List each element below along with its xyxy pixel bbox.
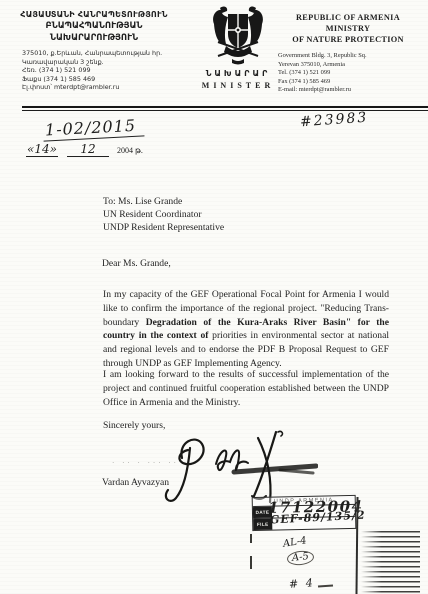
recipient-line: UN Resident Coordinator <box>103 208 224 221</box>
armenian-title-line: ԲՆԱՊԱՀՊԱՆՈՒԹՅԱՆ <box>16 21 172 31</box>
recipient-block: To: Ms. Lise Grande UN Resident Coordina… <box>103 195 224 234</box>
signer-name: Vardan Ayvazyan <box>102 477 169 488</box>
address-line: Yerevan 375010, Armenia <box>278 61 422 70</box>
outgoing-reference-number: 1-02/2015 <box>43 115 145 141</box>
salutation: Dear Ms. Grande, <box>102 258 171 269</box>
scan-artifact-mark <box>250 556 252 569</box>
letter-date: «14» 12 2004 թ. <box>26 142 143 157</box>
address-line: E-mail: mterdpt@rambler.ru <box>278 86 422 95</box>
minister-armenian-label: ՆԱԽԱՐԱՐ <box>193 69 283 78</box>
address-line: Կառավարական 3 շենք. <box>22 58 172 67</box>
armenian-title-line: ՀԱՅԱՍՏԱՆԻ ՀԱՆՐԱՊԵՏՈՒԹՅՈՒՆ <box>16 10 172 19</box>
address-line: Government Bldg. 3, Republic Sq. <box>278 52 422 61</box>
body-paragraph-2: I am looking forward to the results of s… <box>103 368 389 409</box>
address-line: Էլ.փոստ՝ mterdpt@rambler.ru <box>22 83 172 92</box>
armenian-address: 375010, ք.Երևան, Հանրապետության հր. Կառա… <box>16 49 172 92</box>
margin-note: # 4 <box>289 576 316 591</box>
address-line: Ֆաքս (374 1) 585 469 <box>22 75 172 84</box>
recipient-line: UNDP Resident Representative <box>103 221 224 234</box>
armenia-coat-of-arms-icon <box>208 4 268 66</box>
english-address: Government Bldg. 3, Republic Sq. Yerevan… <box>274 52 422 95</box>
incoming-reference-number: #23983 <box>300 110 369 131</box>
scan-artifact-mark <box>250 534 252 543</box>
address-line: 375010, ք.Երևան, Հանրապետության հր. <box>22 49 172 58</box>
letterhead-armenian: ՀԱՅԱՍՏԱՆԻ ՀԱՆՐԱՊԵՏՈՒԹՅՈՒՆ ԲՆԱՊԱՀՊԱՆՈՒԹՅԱ… <box>16 10 172 92</box>
scan-artifact-stripes <box>361 531 420 594</box>
date-month: 12 <box>67 142 109 157</box>
english-title-line: REPUBLIC OF ARMENIA <box>274 12 422 23</box>
scan-artifact-mark <box>318 584 333 587</box>
recipient-line: To: Ms. Lise Grande <box>103 195 224 208</box>
date-year: 2004 թ. <box>117 146 143 155</box>
margin-note: AL-4 <box>282 535 307 550</box>
margin-note-circled: A-5 <box>286 550 314 567</box>
minister-english-label: MINISTER <box>193 81 283 90</box>
scan-artifact-line <box>355 497 358 594</box>
english-title-line: MINISTRY <box>274 23 422 34</box>
letterhead-english: REPUBLIC OF ARMENIA MINISTRY OF NATURE P… <box>274 12 422 95</box>
address-line: Fax (374 1) 585 469 <box>278 78 422 87</box>
address-line: Հեռ. (374 1) 521 099 <box>22 66 172 75</box>
minister-caption: ՆԱԽԱՐԱՐ MINISTER <box>193 69 283 90</box>
body-paragraph-1: In my capacity of the GEF Operational Fo… <box>103 288 389 371</box>
date-day: «14» <box>26 142 58 157</box>
armenian-title-line: ՆԱԽԱՐԱՐՈՒԹՅՈՒՆ <box>16 33 172 43</box>
english-title-line: OF NATURE PROTECTION <box>274 34 422 45</box>
scanned-letter-page: ՀԱՅԱՍՏԱՆԻ ՀԱՆՐԱՊԵՏՈՒԹՅՈՒՆ ԲՆԱՊԱՀՊԱՆՈՒԹՅԱ… <box>0 0 428 594</box>
address-line: Tel. (374 1) 521 099 <box>278 69 422 78</box>
